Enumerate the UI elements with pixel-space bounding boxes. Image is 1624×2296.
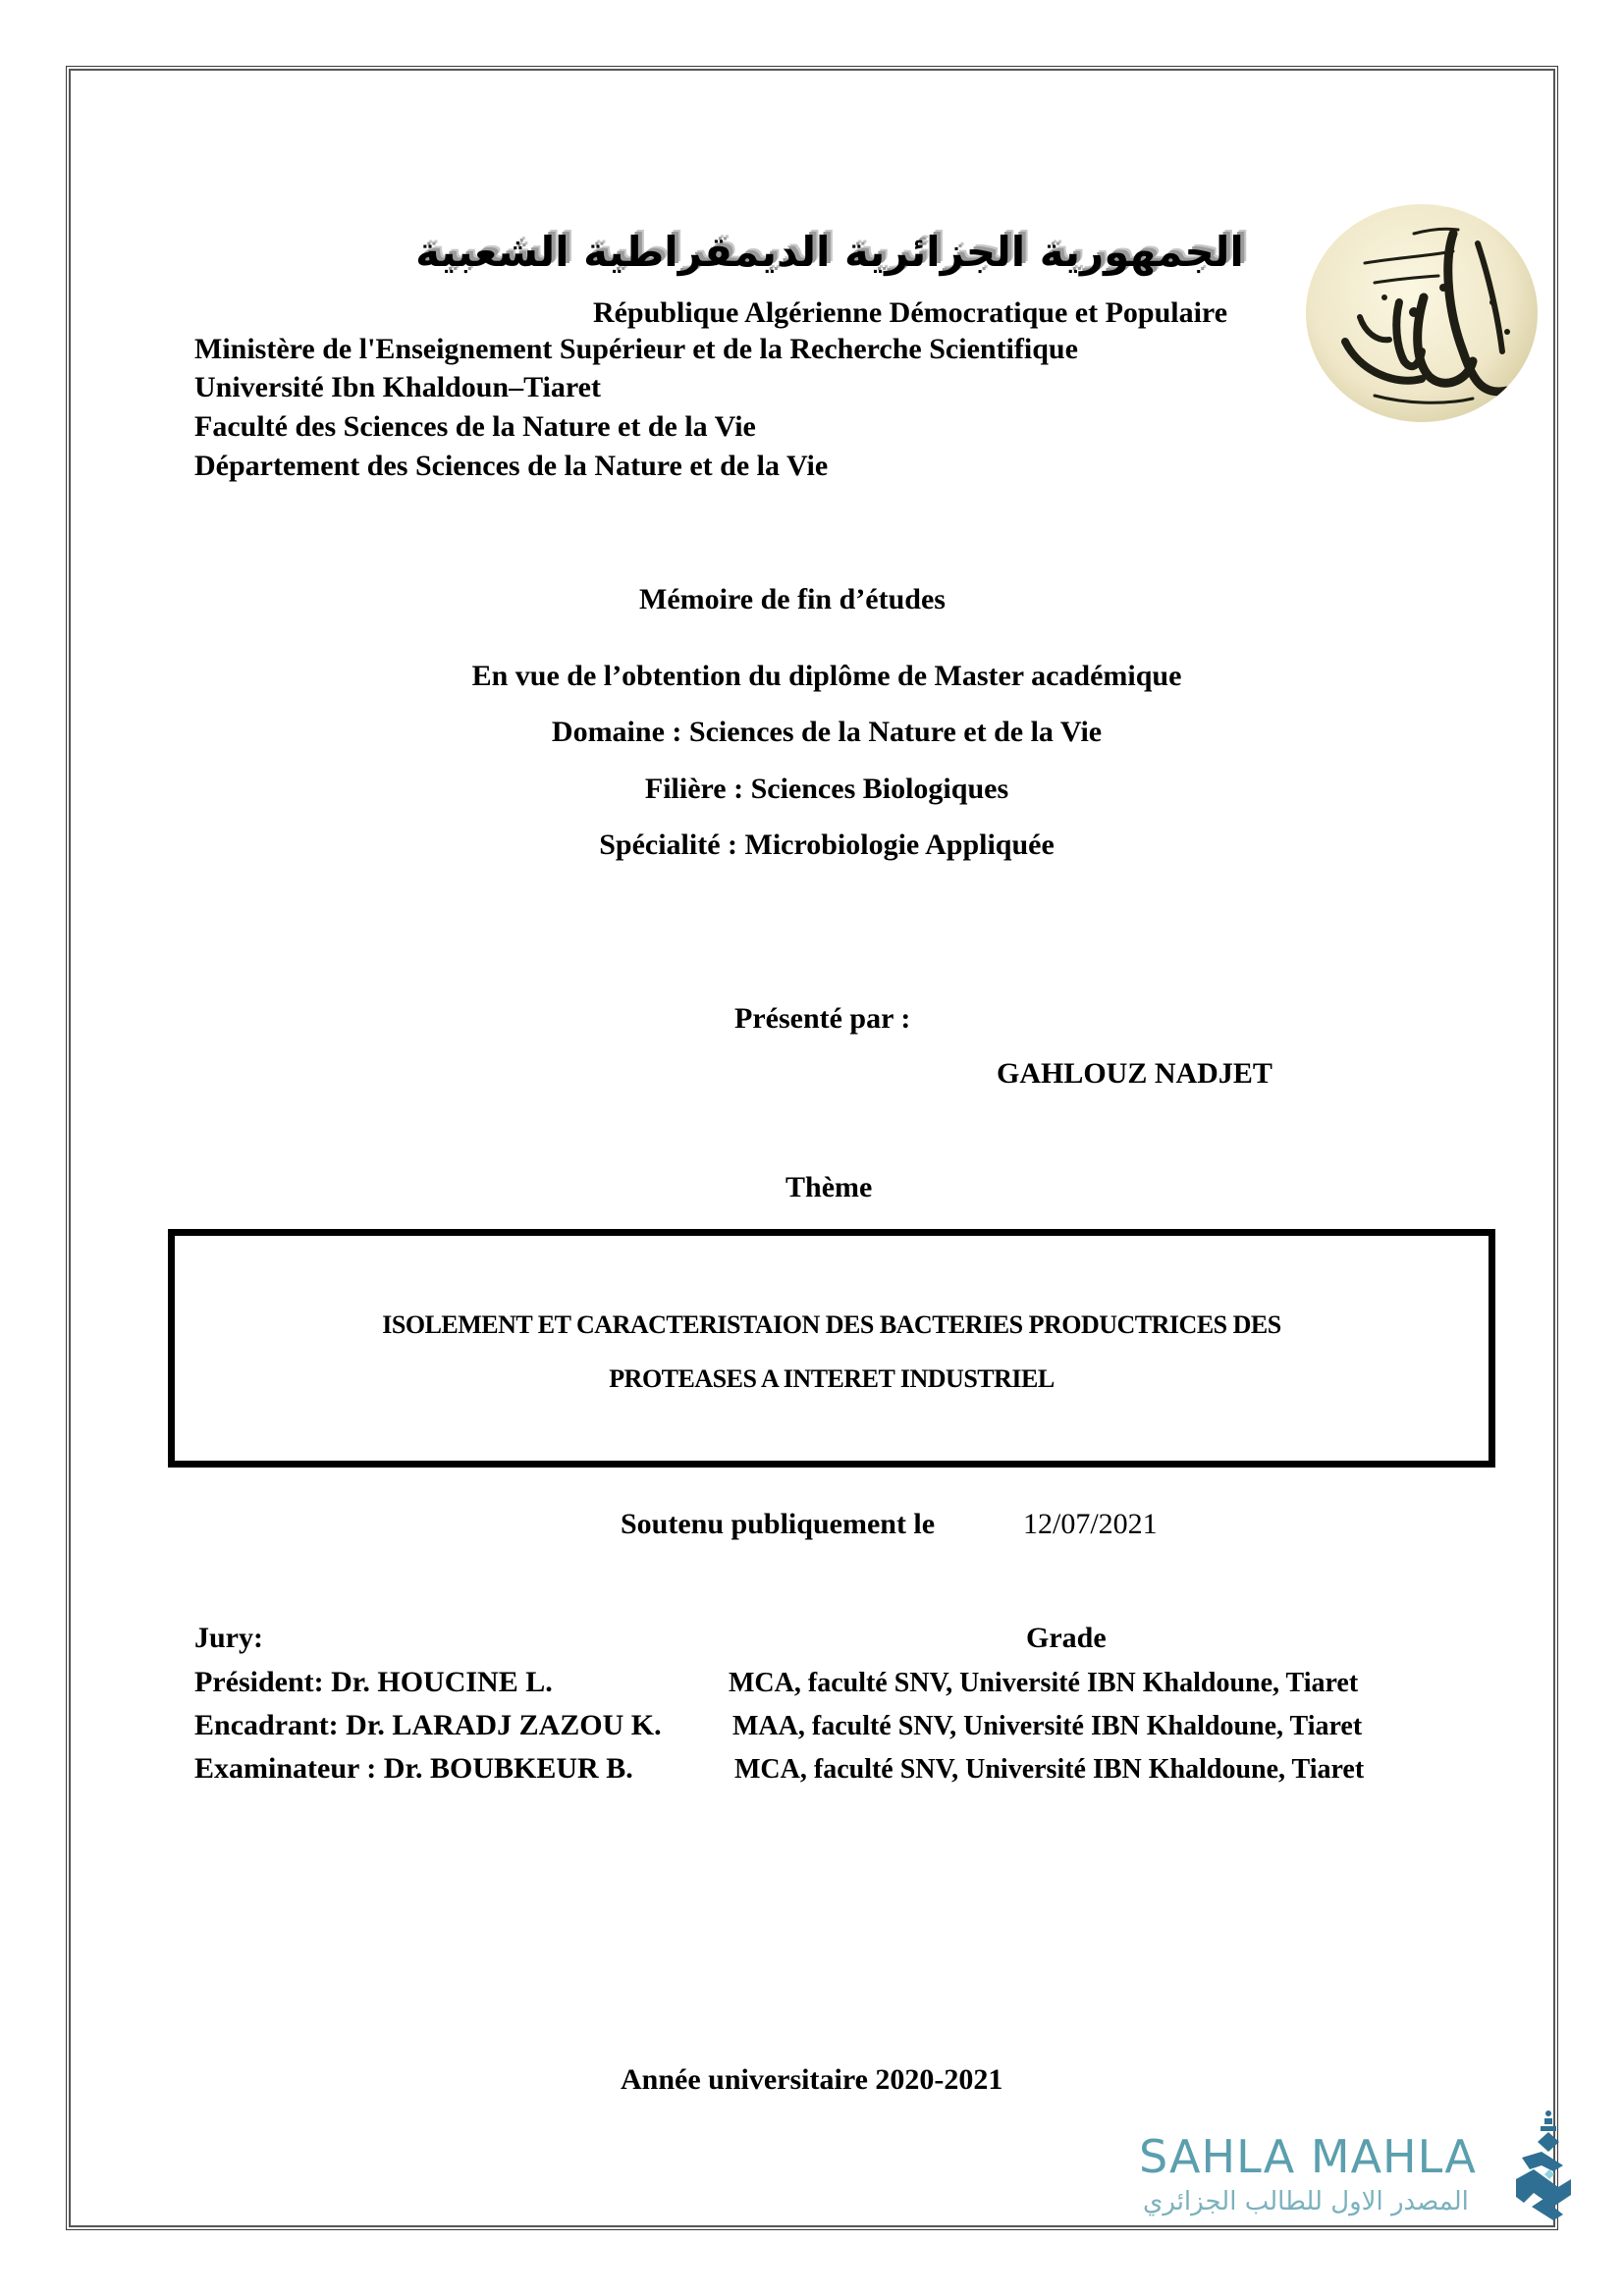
theme-label: Thème bbox=[785, 1171, 872, 1204]
academic-year: Année universitaire 2020-2021 bbox=[621, 2063, 1002, 2097]
faculty-line: Faculté des Sciences de la Nature et de … bbox=[194, 409, 756, 445]
department-line: Département des Sciences de la Nature et… bbox=[194, 449, 828, 484]
memoir-type: Mémoire de fin d’études bbox=[0, 583, 1604, 616]
theme-box: ISOLEMENT ET CARACTERISTAION DES BACTERI… bbox=[168, 1229, 1495, 1468]
theme-title-line-2: PROTEASES A INTERET INDUSTRIEL bbox=[175, 1364, 1489, 1394]
memoir-purpose: En vue de l’obtention du diplôme de Mast… bbox=[15, 660, 1624, 693]
ministry-line: Ministère de l'Enseignement Supérieur et… bbox=[194, 332, 1078, 367]
jury-grade-supervisor: MAA, faculté SNV, Université IBN Khaldou… bbox=[732, 1711, 1362, 1742]
sahla-mahla-watermark: SAHLA MAHLA المصدر الاول للطالب الجزائري bbox=[1139, 2120, 1561, 2228]
watermark-tagline: المصدر الاول للطالب الجزائري bbox=[1143, 2187, 1469, 2216]
jury-member-examiner: Examinateur : Dr. BOUBKEUR B. bbox=[194, 1752, 633, 1786]
sahla-mahla-emblem-icon bbox=[1514, 2109, 1573, 2221]
memoir-domain: Domaine : Sciences de la Nature et de la… bbox=[15, 716, 1624, 749]
watermark-brand: SAHLA MAHLA bbox=[1139, 2130, 1477, 2183]
grade-header: Grade bbox=[1026, 1622, 1107, 1655]
defense-label: Soutenu publiquement le bbox=[621, 1508, 935, 1541]
theme-title-line-1: ISOLEMENT ET CARACTERISTAION DES BACTERI… bbox=[175, 1310, 1489, 1340]
defense-date: 12/07/2021 bbox=[1023, 1508, 1158, 1541]
jury-member-president: Président: Dr. HOUCINE L. bbox=[194, 1666, 553, 1699]
university-line: Université Ibn Khaldoun–Tiaret bbox=[194, 370, 601, 405]
presented-by-label: Présenté par : bbox=[734, 1002, 910, 1036]
arabic-republic-title: الجمهورية الجزائرية الديمقراطية الشعبية bbox=[393, 228, 1267, 277]
memoir-specialty: Spécialité : Microbiologie Appliquée bbox=[15, 828, 1624, 862]
memoir-field: Filière : Sciences Biologiques bbox=[15, 773, 1624, 806]
jury-grade-president: MCA, faculté SNV, Université IBN Khaldou… bbox=[729, 1668, 1358, 1699]
jury-label: Jury: bbox=[194, 1622, 263, 1655]
jury-grade-examiner: MCA, faculté SNV, Université IBN Khaldou… bbox=[734, 1754, 1364, 1786]
republic-french: République Algérienne Démocratique et Po… bbox=[0, 296, 1624, 330]
author-name: GAHLOUZ NADJET bbox=[997, 1057, 1272, 1091]
jury-member-supervisor: Encadrant: Dr. LARADJ ZAZOU K. bbox=[194, 1709, 662, 1742]
